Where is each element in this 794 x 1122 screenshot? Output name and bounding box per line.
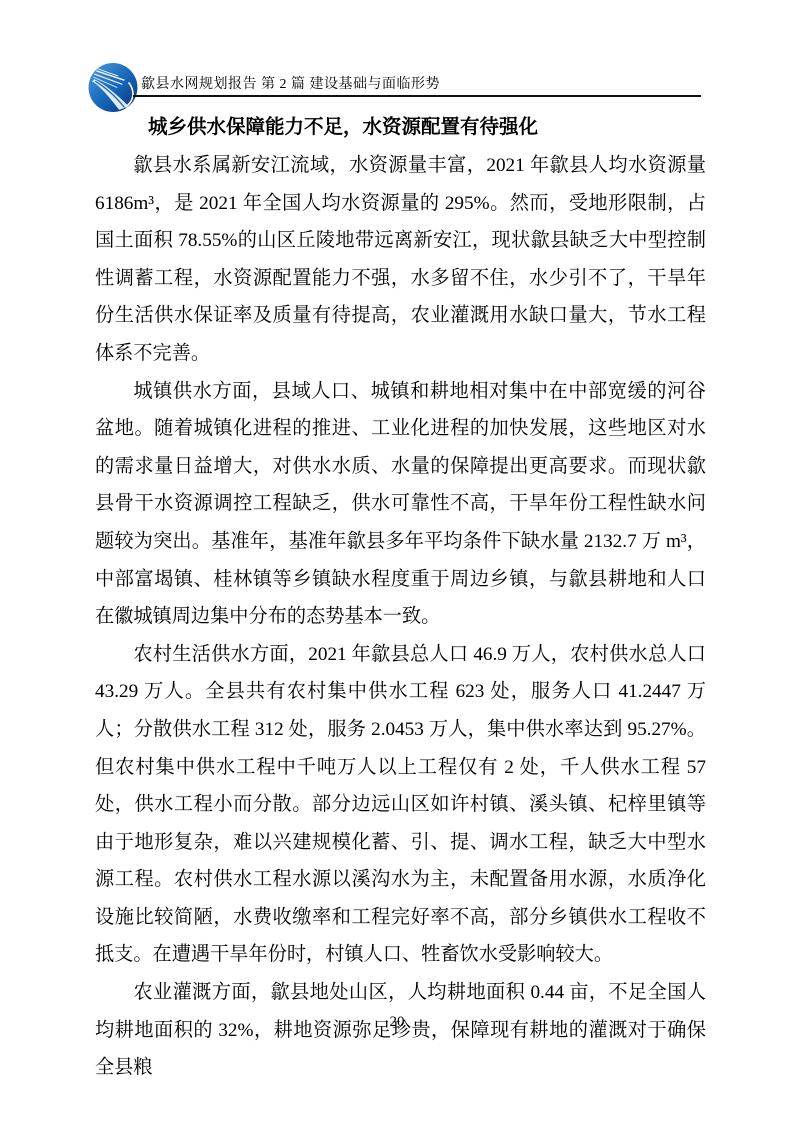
paragraph-rural-water-supply: 农村生活供水方面，2021 年歙县总人口 46.9 万人，农村供水总人口 43.… bbox=[95, 636, 706, 974]
header-logo bbox=[87, 59, 139, 116]
document-page: 歙县水网规划报告 第 2 篇 建设基础与面临形势 城乡供水保障能力不足，水资源配… bbox=[0, 0, 794, 1122]
header-rule bbox=[133, 95, 701, 97]
paragraph-water-resources: 歙县水系属新安江流域，水资源量丰富，2021 年歙县人均水资源量 6186m³，… bbox=[95, 147, 706, 373]
page-number: 20 bbox=[390, 1014, 405, 1030]
header-running-title: 歙县水网规划报告 第 2 篇 建设基础与面临形势 bbox=[141, 76, 440, 94]
globe-swoosh-logo-icon bbox=[87, 59, 139, 116]
paragraph-urban-water-supply: 城镇供水方面，县域人口、城镇和耕地相对集中在中部宽缓的河谷盆地。随着城镇化进程的… bbox=[95, 373, 706, 636]
section-heading: 城乡供水保障能力不足，水资源配置有待强化 bbox=[95, 109, 706, 147]
page-footer: 20 bbox=[0, 1013, 794, 1031]
document-body: 城乡供水保障能力不足，水资源配置有待强化 歙县水系属新安江流域，水资源量丰富，2… bbox=[95, 109, 706, 1087]
